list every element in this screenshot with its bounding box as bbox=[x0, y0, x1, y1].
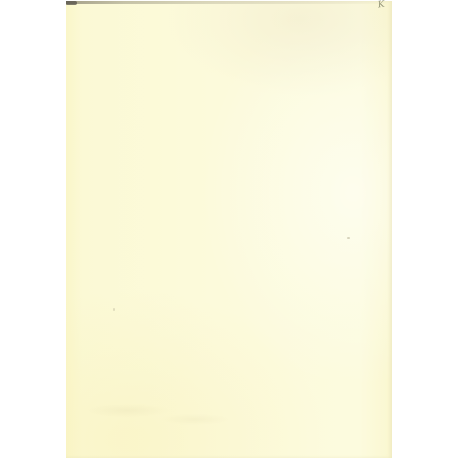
page: K bbox=[66, 1, 392, 458]
page-top-edge-shadow bbox=[66, 1, 392, 4]
paper-mottling bbox=[76, 396, 246, 432]
dust-speck bbox=[347, 237, 350, 239]
page-corner-smudge bbox=[66, 1, 77, 5]
dust-speck bbox=[113, 308, 115, 311]
handwritten-mark: K bbox=[377, 1, 385, 11]
scanned-document: K bbox=[0, 0, 458, 458]
